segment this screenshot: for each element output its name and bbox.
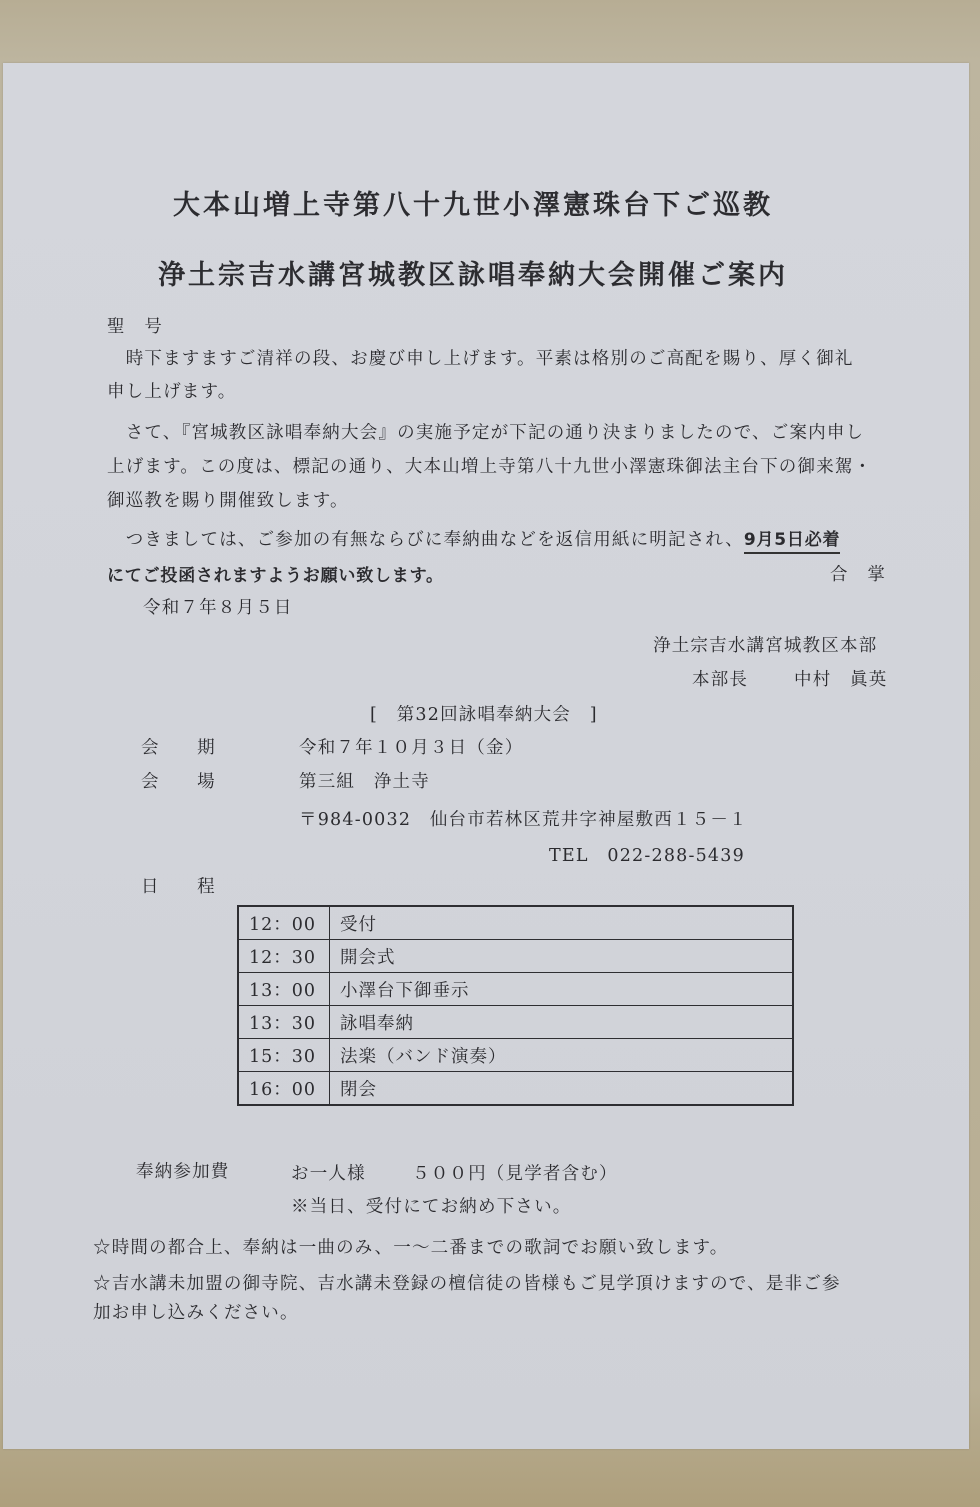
paragraph-line-6-text: つきましては、ご参加の有無ならびに奉納曲などを返信用紙に明記され、	[107, 530, 744, 550]
schedule-item: 開会式	[330, 940, 794, 973]
schedule-time: 12：00	[238, 906, 330, 940]
paragraph-line-4: 上げます。この度は、標記の通り、大本山増上寺第八十九世小澤憲珠御法主台下の御来駕…	[107, 453, 872, 478]
closing-text: 合 掌	[830, 561, 886, 586]
schedule-item: 小澤台下御垂示	[330, 973, 794, 1006]
schedule-time: 13：30	[238, 1006, 330, 1039]
title-line-1: 大本山増上寺第八十九世小澤憲珠台下ご巡教	[173, 183, 773, 222]
paragraph-line-1: 時下ますますご清祥の段、お慶び申し上げます。平素は格別のご高配を賜り、厚く御礼	[107, 345, 854, 370]
fee-label: 奉納参加費	[136, 1158, 230, 1183]
table-row: 13：30 詠唱奉納	[238, 1006, 793, 1039]
paragraph-line-6: つきましては、ご参加の有無ならびに奉納曲などを返信用紙に明記され、9月5日必着	[107, 525, 840, 551]
fee-per-person: お一人様	[291, 1160, 366, 1185]
table-row: 12：00 受付	[238, 906, 793, 940]
title-line-2: 浄土宗吉水講宮城教区詠唱奉納大会開催ご案内	[158, 253, 788, 292]
schedule-item: 受付	[330, 906, 794, 940]
event-date-value: 令和７年１０月３日（金）	[299, 734, 523, 759]
paragraph-line-2: 申し上げます。	[107, 378, 237, 403]
table-row: 12：30 開会式	[238, 940, 793, 973]
paragraph-line-5: 御巡教を賜り開催致します。	[107, 487, 349, 512]
note-2: ☆吉水講未加盟の御寺院、吉水講未登録の檀信徒の皆様もご見学頂けますので、是非ご参	[93, 1270, 841, 1295]
request-line: にてご投函されますようお願い致します。	[107, 561, 444, 586]
fee-amount: ５００円（見学者含む）	[412, 1160, 618, 1185]
sender-title: 本部長	[692, 666, 748, 691]
event-venue-value: 第三組 浄土寺	[299, 768, 430, 793]
salutation: 聖 号	[107, 313, 163, 338]
table-row: 13：00 小澤台下御垂示	[238, 973, 793, 1006]
deadline-text: 9月5日必着	[744, 530, 840, 554]
table-row: 16：00 閉会	[238, 1072, 793, 1106]
schedule-item: 詠唱奉納	[330, 1006, 794, 1039]
paragraph-line-3: さて、『宮城教区詠唱奉納大会』の実施予定が下記の通り決まりましたので、ご案内申し	[107, 419, 864, 444]
schedule-item: 閉会	[330, 1072, 794, 1106]
note-3: 加お申し込みください。	[93, 1299, 299, 1324]
event-tel: TEL 022-288-5439	[549, 842, 745, 867]
sender-org: 浄土宗吉水講宮城教区本部	[653, 632, 877, 657]
note-1: ☆時間の都合上、奉納は一曲のみ、一～二番までの歌詞でお願い致します。	[93, 1234, 728, 1259]
schedule-label: 日 程	[141, 873, 216, 898]
event-address: 〒984-0032 仙台市若林区荒井字神屋敷西１５－１	[299, 806, 748, 831]
fee-note: ※当日、受付にてお納め下さい。	[291, 1193, 572, 1218]
schedule-time: 15：30	[238, 1039, 330, 1072]
schedule-time: 12：30	[238, 940, 330, 973]
schedule-time: 13：00	[238, 973, 330, 1006]
sender-name: 中村 眞英	[794, 666, 888, 691]
event-date-label: 会 期	[141, 734, 216, 759]
schedule-item: 法楽（バンド演奏）	[330, 1039, 794, 1072]
document-date: 令和７年８月５日	[143, 594, 293, 619]
schedule-time: 16：00	[238, 1072, 330, 1106]
schedule-table: 12：00 受付 12：30 開会式 13：00 小澤台下御垂示 13：30 詠…	[237, 905, 794, 1106]
event-venue-label: 会 場	[141, 768, 216, 793]
event-heading: [ 第32回詠唱奉納大会 ]	[370, 701, 598, 726]
table-row: 15：30 法楽（バンド演奏）	[238, 1039, 793, 1072]
